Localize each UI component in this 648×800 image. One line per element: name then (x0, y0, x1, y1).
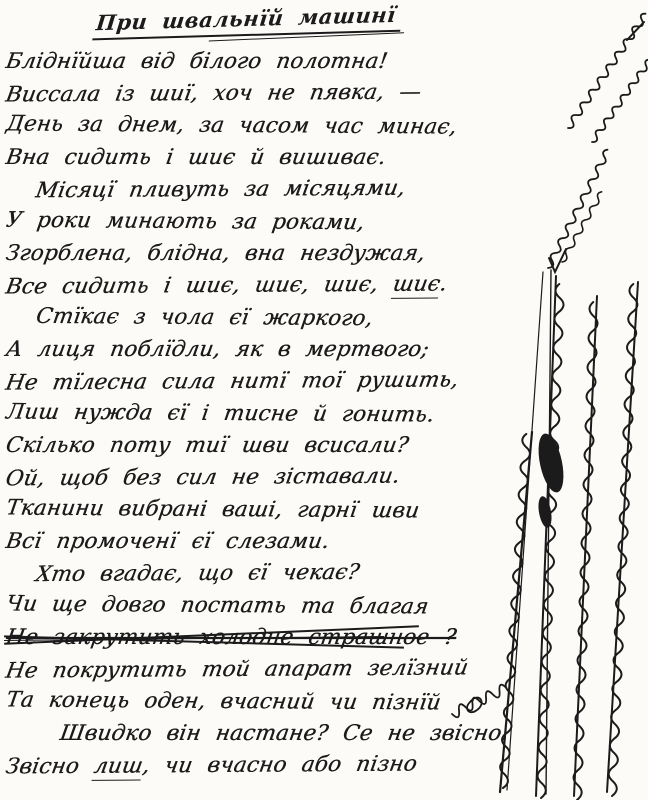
strikethrough-stroke (574, 296, 597, 796)
poem-text-segment: Згорблена, блідна, вна нездужая, (4, 241, 427, 266)
poem-line-text: Виссала із шиї, хоч не пявка, — (3, 77, 424, 112)
poem-text-segment: Та конець оден, вчасний чи пізнїй (4, 687, 442, 715)
poem-line-text: Вна сидить і шиє й вишиває. (3, 142, 388, 174)
poem-line: Не покрутить той апарат зелїзний (6, 654, 546, 686)
poem-line: Не тїлесна сила нитї тої рушить, (6, 366, 546, 398)
poem-body: Бліднїйша від білого полотна!Виссала із … (6, 46, 546, 782)
poem-text-segment: Стїкає з чола єї жаркого, (34, 304, 374, 331)
poem-line: Всї промоченї єї слезами. (6, 526, 546, 558)
poem-line: А лиця поблїдли, як в мертвого; (6, 334, 546, 366)
poem-text-segment: ? (427, 625, 458, 650)
strikethrough-stroke (607, 282, 638, 792)
margin-note-top (592, 60, 648, 142)
poem-line-text: Та конець оден, вчасний чи пізнїй (4, 684, 443, 719)
margin-check-mark (549, 249, 566, 272)
poem-line-text: Не покрутить той апарат зелїзний (3, 652, 471, 687)
underlined-word: лиш (92, 753, 145, 780)
poem-line-text: Не закрутить холодне страшное ? (3, 622, 458, 654)
margin-note-top (568, 14, 646, 128)
poem-line: Все сидить і шиє, шиє, шиє, шиє. (6, 270, 546, 302)
poem-text-segment: Місяцї пливуть за місяцями, (34, 176, 407, 204)
poem-text-segment: , чи вчасно або пізно (141, 752, 419, 779)
poem-line: Звісно лиш, чи вчасно або пізно (6, 750, 546, 782)
poem-line-text: Чи ще довго постать та благая (4, 589, 431, 624)
poem-line-text: Бліднїйша від білого полотна! (3, 46, 389, 78)
underlined-word: шиє (391, 272, 442, 299)
poem-text-segment: Не покрутить той апарат зелїзний (4, 655, 470, 683)
poem-text-segment: Звісно (4, 754, 97, 780)
poem-line: Скілько поту тиї шви всисали? (6, 430, 546, 462)
poem-line: Швидко він настане? Се не звісно. (60, 718, 546, 750)
draft-column-3 (574, 302, 598, 800)
poem-line: Виссала із шиї, хоч не пявка, — (6, 78, 546, 110)
poem-line-text: Місяцї пливуть за місяцями, (33, 173, 408, 208)
poem-line: Бліднїйша від білого полотна! (6, 46, 546, 78)
poem-line: Вна сидить і шиє й вишиває. (6, 142, 546, 174)
poem-text-segment: Бліднїйша від білого полотна! (4, 49, 389, 74)
poem-text-segment: А лиця поблїдли, як в мертвого; (4, 337, 431, 362)
poem-text-segment: Хто вгадає, що єї чекає? (34, 560, 362, 587)
poem-text-segment: Ой, щоб без сил не зіставали. (4, 464, 402, 492)
poem-line-text: Згорблена, блідна, вна нездужая, (3, 238, 427, 270)
poem-text-segment: Вна сидить і шиє й вишиває. (4, 145, 388, 170)
margin-note-mid (562, 192, 602, 262)
poem-line-text: День за днем, за часом час минає, (4, 108, 459, 143)
poem-text-segment: Чи ще довго постать та благая (4, 592, 430, 620)
poem-line: Лиш нужда єї і тисне й гонить. (6, 398, 546, 430)
poem-text-segment: Все сидить і шиє, шиє, шиє, (4, 272, 395, 300)
poem-line-text: Все сидить і шиє, шиє, шиє, шиє. (3, 268, 450, 303)
poem-line-text: Стїкає з чола єї жаркого, (34, 301, 375, 335)
manuscript-page: При швальнїй машинї Бліднїйша від білого… (0, 0, 648, 800)
poem-line: Ой, щоб без сил не зіставали. (6, 462, 546, 494)
poem-text-segment: Тканини вибрані ваші, гарнї шви (4, 496, 421, 524)
poem-line: Чи ще довго постать та благая (6, 590, 546, 622)
poem-line: День за днем, за часом час минає, (6, 110, 546, 142)
poem-line: Стїкає з чола єї жаркого, (36, 302, 546, 334)
poem-line: Місяцї пливуть за місяцями, (36, 174, 546, 206)
poem-text-segment: Виссала із шиї, хоч не пявка, — (4, 80, 423, 108)
margin-note-mid (548, 150, 608, 268)
poem-text-segment: День за днем, за часом час минає, (4, 111, 458, 139)
poem-line-text: Не тїлесна сила нитї тої рушить, (3, 364, 461, 399)
poem-title: При швальнїй машинї (92, 0, 403, 40)
poem-text-segment: Не закрутить холодне страшное (4, 625, 431, 650)
poem-line-text: А лиця поблїдли, як в мертвого; (3, 334, 431, 366)
poem-line-text: Ой, щоб без сил не зіставали. (3, 461, 402, 496)
strikethrough-stroke (546, 270, 551, 794)
poem-line: У роки минають за роками, (6, 206, 546, 238)
poem-line-text: Лиш нужда єї і тисне й гонить. (4, 397, 437, 432)
poem: При швальнїй машинї Бліднїйша від білого… (6, 4, 546, 782)
poem-line-text: Скілько поту тиї шви всисали? (3, 430, 410, 462)
poem-text-segment: Швидко він настане? Се не звісно. (58, 721, 510, 746)
margin-note-top-dash (627, 22, 644, 40)
poem-line: Тканини вибрані ваші, гарнї шви (6, 494, 546, 526)
poem-line-text: Швидко він настане? Се не звісно. (57, 718, 511, 750)
poem-text-segment: Не тїлесна сила нитї тої рушить, (4, 367, 461, 395)
poem-line-text: Всї промоченї єї слезами. (3, 526, 331, 558)
poem-line-text: Тканини вибрані ваші, гарнї шви (4, 493, 422, 528)
poem-text-segment: У роки минають за роками, (4, 208, 366, 236)
poem-text-segment: Лиш нужда єї і тисне й гонить. (4, 400, 435, 428)
poem-line: Згорблена, блідна, вна нездужая, (6, 238, 546, 270)
poem-line: Хто вгадає, що єї чекає? (36, 558, 546, 590)
poem-text-segment: Скілько поту тиї шви всисали? (4, 433, 410, 458)
poem-line-struck: Не закрутить холодне страшное ? (6, 622, 546, 654)
poem-line-text: Звісно лиш, чи вчасно або пізно (3, 749, 419, 784)
poem-line: Та конець оден, вчасний чи пізнїй (6, 686, 546, 718)
title-row: При швальнїй машинї (6, 4, 546, 46)
poem-text-segment: Всї промоченї єї слезами. (4, 529, 331, 554)
poem-line-text: У роки минають за роками, (4, 205, 367, 240)
draft-column-4 (609, 284, 638, 796)
poem-line-text: Хто вгадає, що єї чекає? (33, 557, 362, 591)
